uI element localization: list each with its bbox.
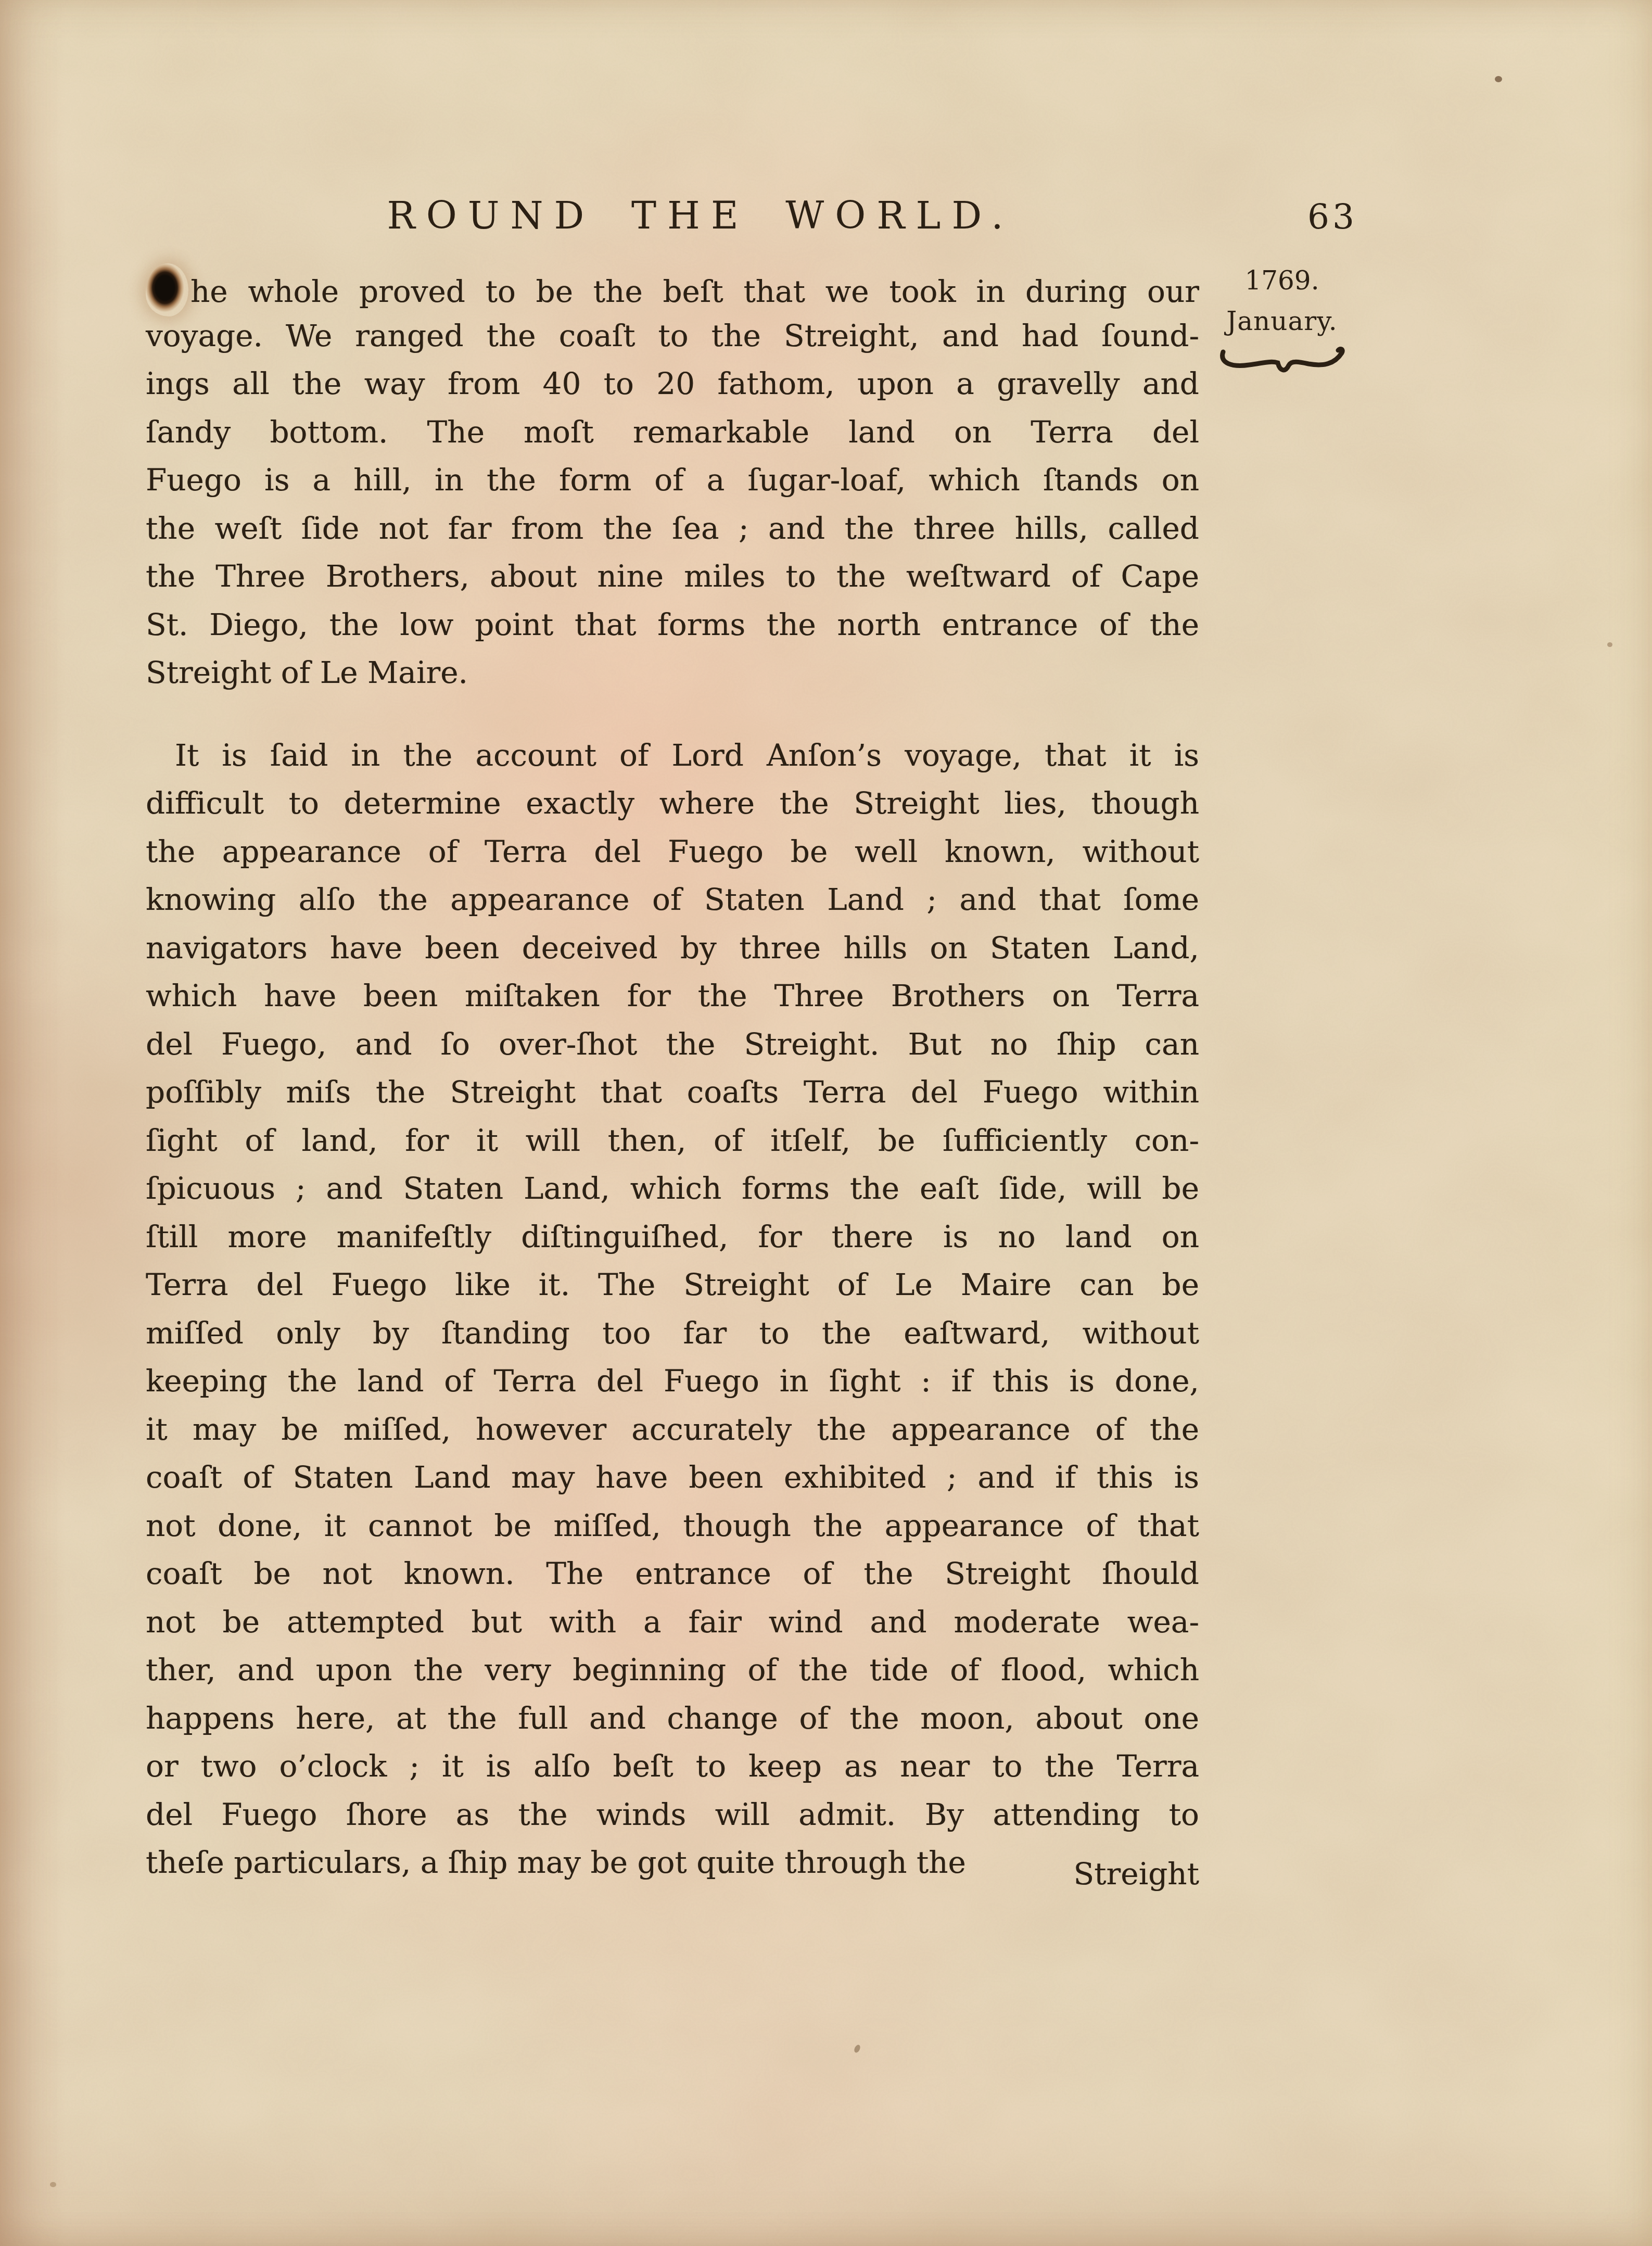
margin-year: 1769. — [1213, 259, 1351, 302]
text-line: ſight of land, for it will then, of itſe… — [146, 1116, 1199, 1165]
text-line: or two o’clock ; it is alſo beſt to keep… — [146, 1742, 1199, 1791]
text-line: ſandy bottom. The moſt remarkable land o… — [146, 408, 1199, 456]
text-line: keeping the land of Terra del Fuego in ſ… — [146, 1357, 1199, 1405]
text-line: happens here, at the full and change of … — [146, 1694, 1199, 1743]
text-line: the appearance of Terra del Fuego be wel… — [146, 828, 1199, 876]
text-line: the Three Brothers, about nine miles to … — [146, 552, 1199, 601]
text-line: St. Diego, the low point that forms the … — [146, 601, 1199, 649]
text-line: ings all the way from 40 to 20 fathom, u… — [146, 360, 1199, 408]
text-block: he whole proved to be the beſt that we t… — [146, 263, 1199, 1887]
text-line: ſpicuous ; and Staten Land, which forms … — [146, 1164, 1199, 1213]
text-line: Streight of Le Maire. — [146, 649, 1199, 697]
foxing-speck — [853, 2044, 861, 2054]
text-line: he whole proved to be the beſt that we t… — [146, 263, 1199, 312]
margin-date-note: 1769. January. — [1213, 259, 1351, 379]
page-number: 63 — [1307, 197, 1357, 237]
ink-blot — [146, 263, 188, 316]
text-line: ther, and upon the very beginning of the… — [146, 1646, 1199, 1694]
text-line: del Fuego, and ſo over-ſhot the Streight… — [146, 1020, 1199, 1069]
text-line: navigators have been deceived by three h… — [146, 924, 1199, 972]
brace-squiggle-icon — [1217, 341, 1347, 379]
foxing-speck — [1495, 76, 1502, 82]
text-line: It is ſaid in the account of Lord Anſon’… — [146, 731, 1199, 780]
text-line: coaſt be not known. The entrance of the … — [146, 1550, 1199, 1598]
text-line: it may be miſſed, however accurately the… — [146, 1405, 1199, 1454]
text-line: the weſt ſide not far from the ſea ; and… — [146, 504, 1199, 553]
book-page-scan: ROUND THE WORLD. 63 1769. January. he wh… — [0, 0, 1652, 2246]
text-line: voyage. We ranged the coaſt to the Strei… — [146, 312, 1199, 360]
text-line: poſſibly miſs the Streight that coaſts T… — [146, 1068, 1199, 1116]
margin-month: January. — [1213, 302, 1351, 340]
text-line: not done, it cannot be miſſed, though th… — [146, 1502, 1199, 1550]
text-line: ſtill more manifeſtly diſtinguiſhed, for… — [146, 1213, 1199, 1261]
text-line: Fuego is a hill, in the form of a ſugar-… — [146, 456, 1199, 504]
running-header-title: ROUND THE WORLD. — [175, 194, 1226, 237]
foxing-speck — [50, 2182, 56, 2187]
text-line: del Fuego ſhore as the winds will admit.… — [146, 1791, 1199, 1839]
foxing-speck — [1607, 642, 1612, 647]
text-line: miſſed only by ſtanding too far to the e… — [146, 1309, 1199, 1357]
text-line: which have been miſtaken for the Three B… — [146, 972, 1199, 1020]
text-line: not be attempted but with a fair wind an… — [146, 1598, 1199, 1646]
text-line: knowing alſo the appearance of Staten La… — [146, 875, 1199, 924]
text-line-fragment: he whole proved to be the beſt that we t… — [190, 274, 1199, 309]
paragraph-1: he whole proved to be the beſt that we t… — [146, 263, 1199, 697]
text-line: Terra del Fuego like it. The Streight of… — [146, 1261, 1199, 1309]
text-line: difficult to determine exactly where the… — [146, 779, 1199, 828]
paragraph-2: It is ſaid in the account of Lord Anſon’… — [146, 731, 1199, 1887]
text-line: coaſt of Staten Land may have been exhib… — [146, 1453, 1199, 1502]
catchword: Streight — [146, 1856, 1199, 1892]
